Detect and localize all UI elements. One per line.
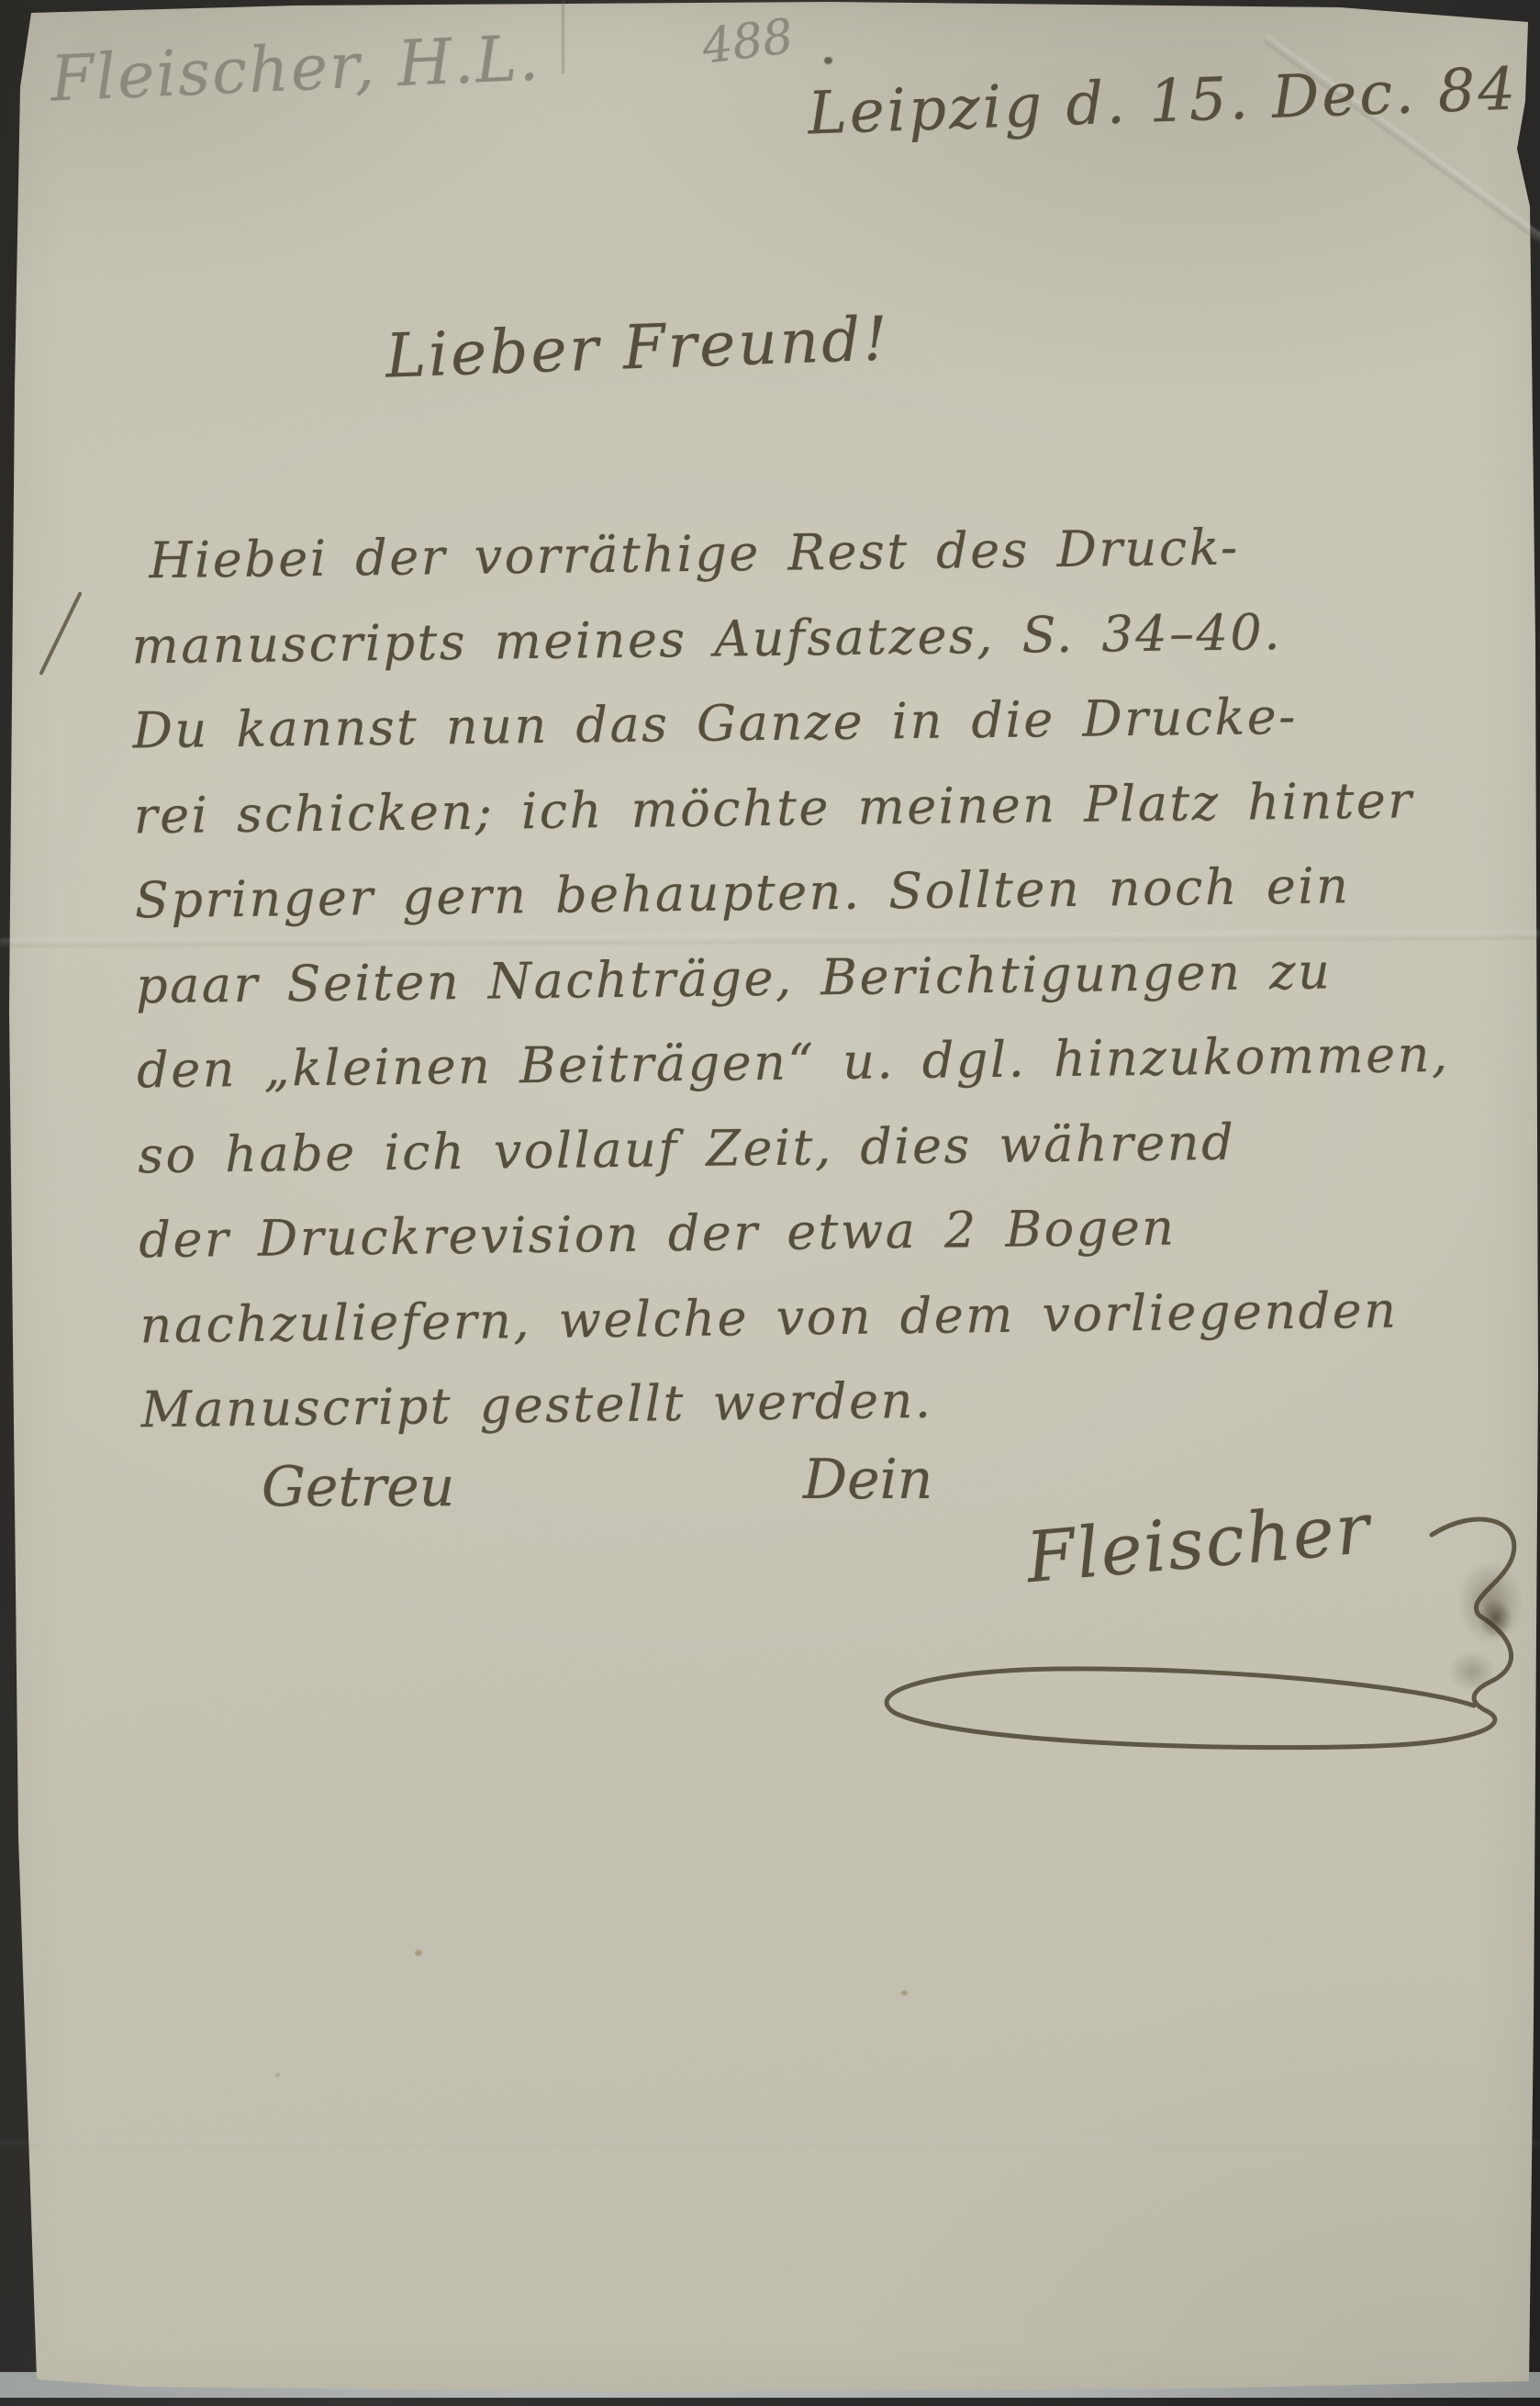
ink-blot xyxy=(1448,1651,1496,1693)
ink-speck xyxy=(824,57,832,64)
letter-body: Hiebei der vorräthige Rest des Druck- ma… xyxy=(130,502,1540,1453)
closing-word: Getreu xyxy=(262,1455,454,1519)
foxing-spot xyxy=(275,2073,280,2077)
foxing-spot xyxy=(415,1950,422,1956)
valediction: Dein xyxy=(803,1448,932,1512)
handwritten-line: Springer gern behaupten. Sollten noch ei… xyxy=(134,842,1539,944)
handwritten-line: Manuscript gestellt werden. xyxy=(140,1351,1540,1453)
archival-number: 488 xyxy=(699,9,797,75)
handwritten-line: den „kleinen Beiträgen“ u. dgl. hinzukom… xyxy=(137,1012,1540,1113)
ink-blot xyxy=(1479,1599,1512,1638)
foxing-spot xyxy=(901,1990,908,1996)
handwritten-line: nachzuliefern, welche von dem vorliegend… xyxy=(139,1266,1540,1368)
scanned-letter-page: Fleischer, H.L. 488 Leipzig d. 15. Dec. … xyxy=(0,0,1540,2406)
